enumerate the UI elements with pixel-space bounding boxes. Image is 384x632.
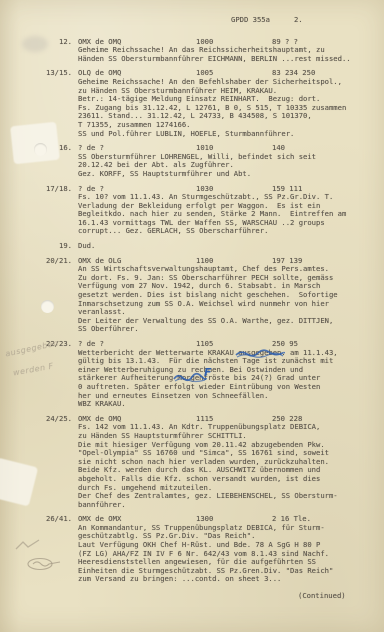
entry-header: 19. Dud.	[0, 242, 384, 251]
entry-text: An SS Wirtschaftsverwaltungshauptamt, Ch…	[78, 265, 384, 334]
pencil-circled-scribble	[26, 556, 62, 572]
entry-number: 19.	[0, 242, 72, 251]
entry-text: Fs. 10? vom 11.1.43. An Sturmgeschützabt…	[78, 193, 384, 236]
page-number: 2.	[294, 15, 303, 24]
message-entry: 12. OMX de OMQ 1000 89 ? ? Geheime Reich…	[0, 38, 384, 64]
entry-number: 13/15.	[0, 69, 72, 78]
pencil-check-mark	[14, 538, 42, 553]
entry-number: 20/21.	[0, 257, 72, 266]
punch-hole	[34, 143, 47, 156]
entry-text: Geheime Reichssache! An das Reichssicher…	[78, 46, 384, 63]
message-entry: 17/18. ? de ? 1030 159 111 Fs. 10? vom 1…	[0, 185, 384, 237]
doc-reference: GPDD 355a	[231, 15, 270, 24]
message-entry: 19. Dud.	[0, 242, 384, 251]
decode-entries: 12. OMX de OMQ 1000 89 ? ? Geheime Reich…	[0, 38, 384, 584]
continued-note: (Continued)	[298, 592, 384, 601]
ink-strikethrough	[234, 348, 286, 360]
ink-scribble	[172, 371, 208, 384]
entry-text: Fs. 142 vom 11.1.43. An Kdtr. Truppenübu…	[78, 423, 384, 509]
message-entry: 13/15. OLQ de OMQ 1005 83 234 250 Geheim…	[0, 69, 384, 138]
entry-text: An Kommandantur, SS Truppenübungsplatz D…	[78, 524, 384, 584]
message-entry: 20/21. OMX de OLG 1100 197 139 An SS Wir…	[0, 257, 384, 334]
entry-number: 24/25.	[0, 415, 72, 424]
entry-text: Geheime Reichssache! An den Befehlshaber…	[78, 78, 384, 138]
ink-correction-letter: F	[204, 369, 212, 378]
entry-text: SS Obersturmführer LOHRENGEL, Willi, bef…	[78, 153, 384, 179]
entry-number: 17/18.	[0, 185, 72, 194]
paper-smudge	[22, 36, 48, 52]
entry-number: 26/41.	[0, 515, 72, 524]
entry-group-count	[272, 242, 384, 251]
punch-hole	[41, 300, 54, 313]
entry-stations: Dud.	[78, 242, 196, 251]
document-page: GPDD 355a2. 12. OMX de OMQ 1000 89 ? ? G…	[0, 0, 384, 632]
entry-time	[196, 242, 272, 251]
message-entry: 24/25. OMX de OMQ 1115 250 228 Fs. 142 v…	[0, 415, 384, 510]
page-header: GPDD 355a2.	[0, 16, 384, 25]
message-entry: 26/41. OMX de OMX 1300 2 16 Tle. An Komm…	[0, 515, 384, 584]
tape-patch	[10, 122, 60, 165]
entry-text: Wetterbericht der Wetterwarte KRAKAU aus…	[78, 349, 384, 409]
